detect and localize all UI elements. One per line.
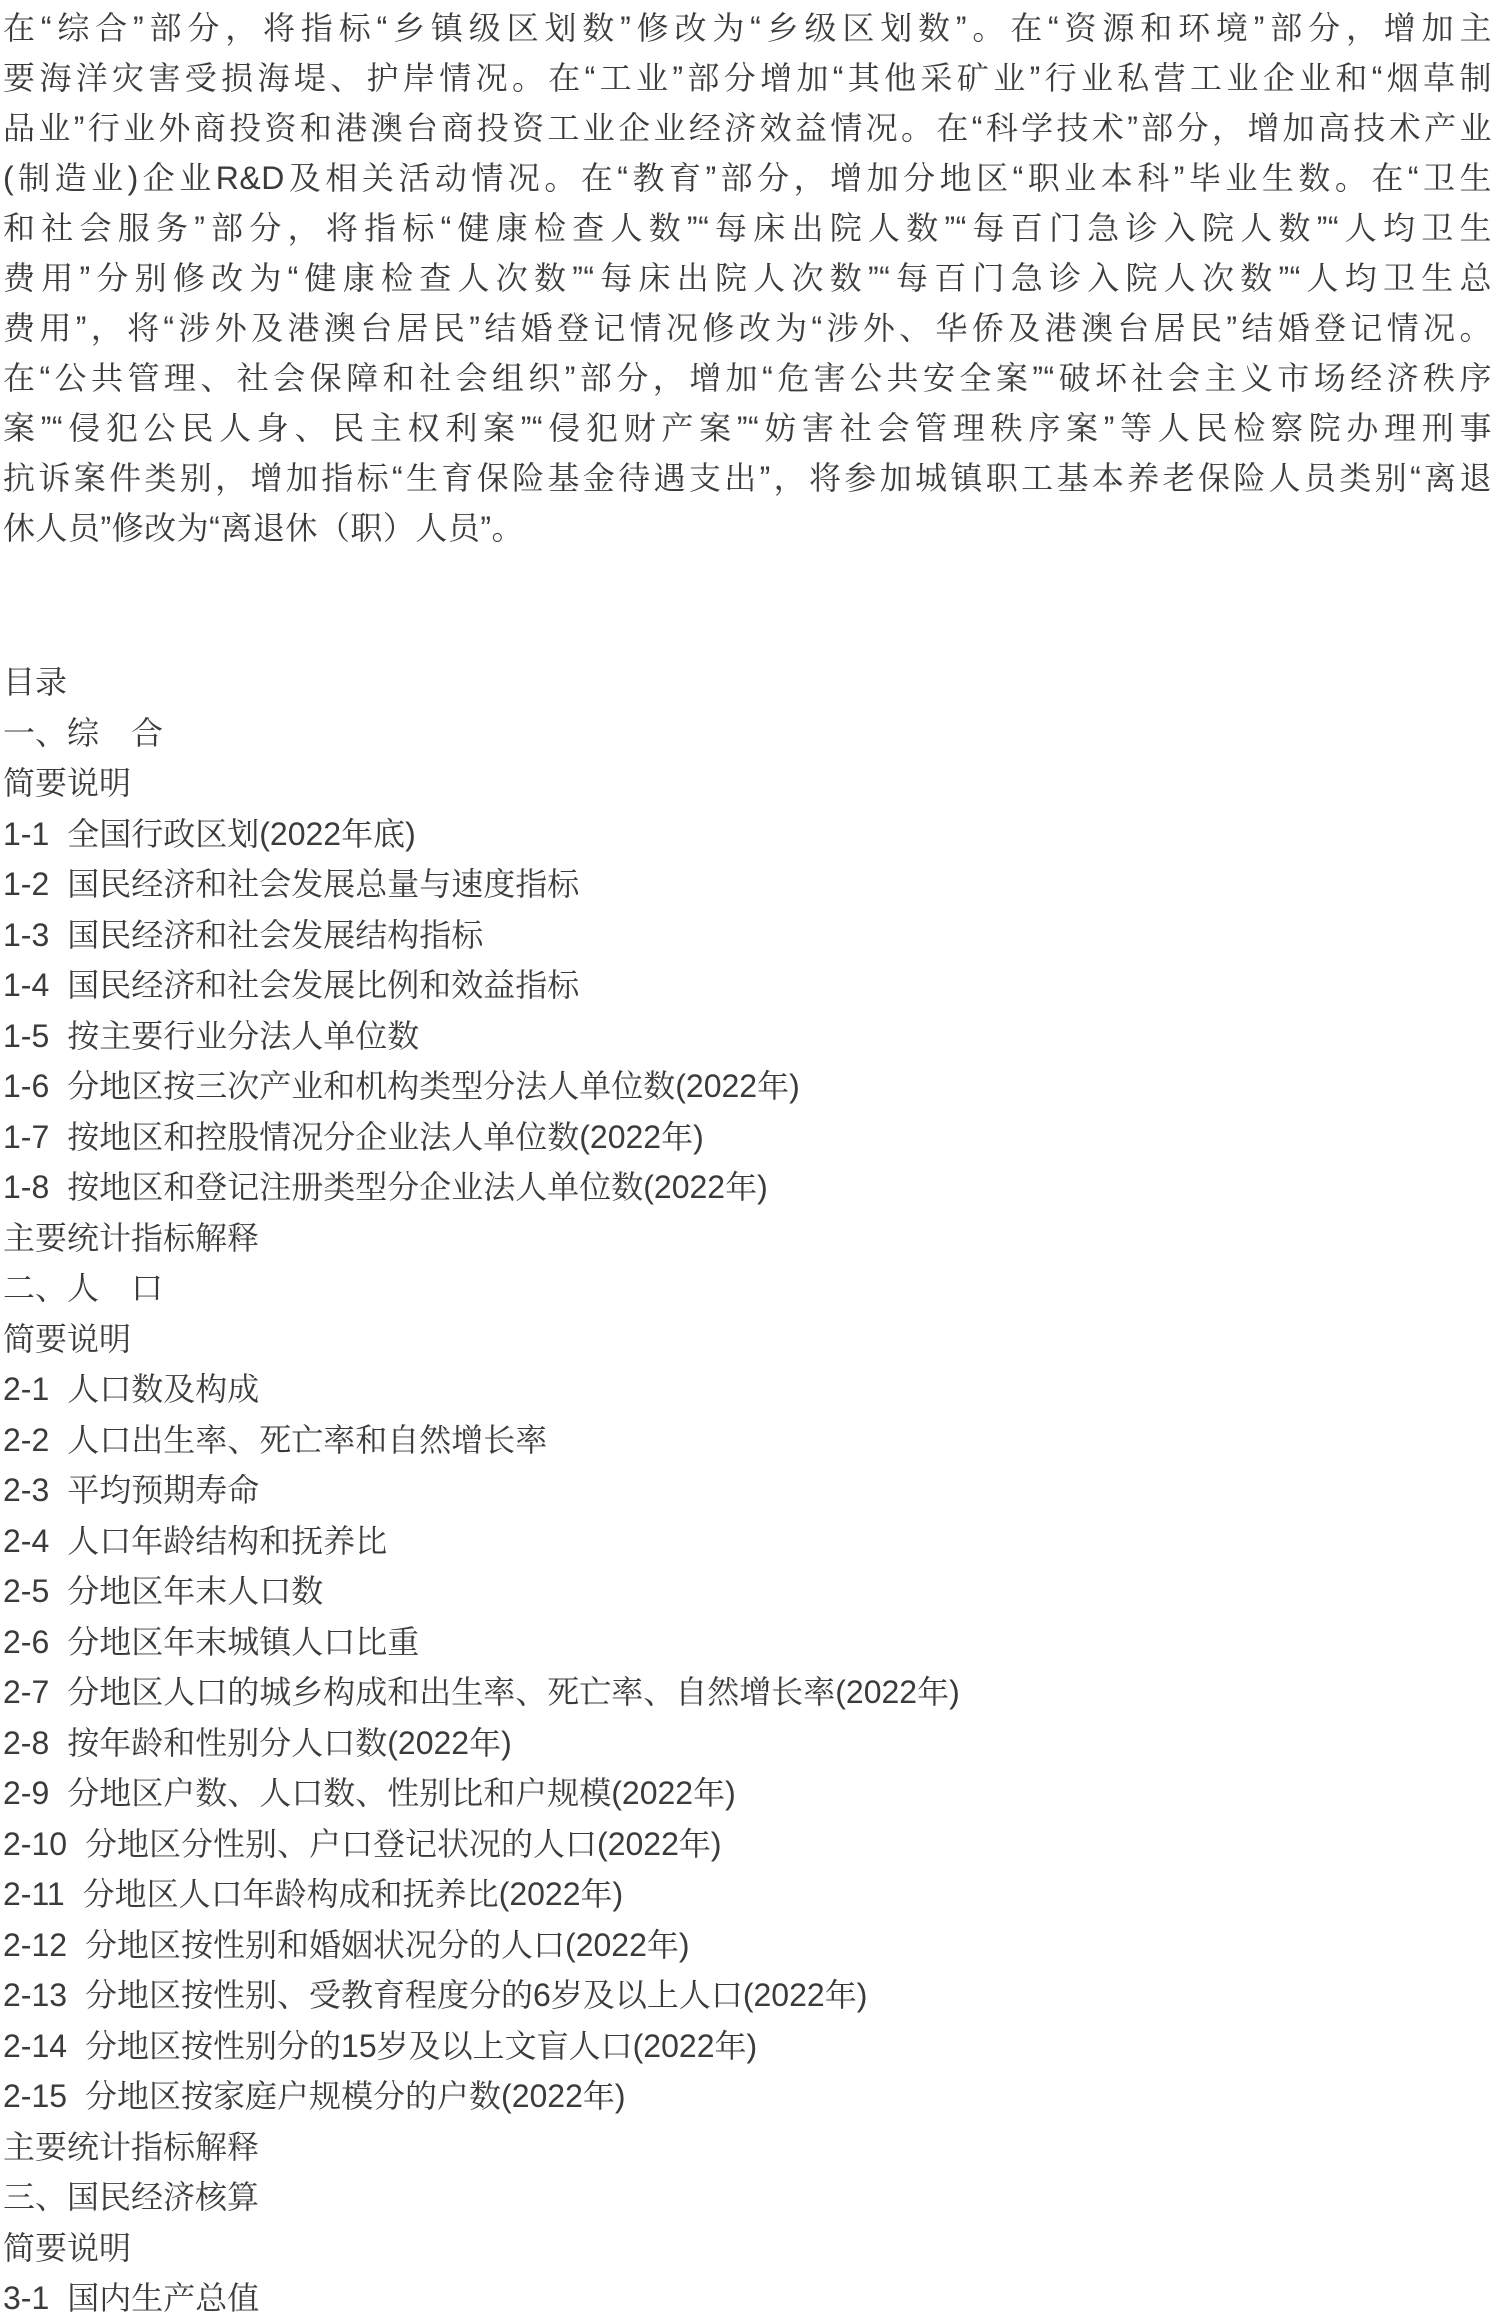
toc-entry-2-14: 2-14分地区按性别分的15岁及以上文盲人口(2022年): [3, 2021, 1492, 2072]
toc-entry-2-10: 2-10分地区分性别、户口登记状况的人口(2022年): [3, 1819, 1492, 1870]
toc-entry-number: 2-10: [3, 1819, 67, 1870]
toc-entry-number: 2-13: [3, 1970, 67, 2021]
toc-entry-note: 主要统计指标解释: [3, 2122, 1492, 2173]
toc-entry-title: 按地区和登记注册类型分企业法人单位数(2022年): [67, 1169, 768, 1205]
toc-entry-2-8: 2-8按年龄和性别分人口数(2022年): [3, 1718, 1492, 1769]
toc-entry-number: 1-6: [3, 1061, 49, 1112]
toc-entry-2-5: 2-5分地区年末人口数: [3, 1566, 1492, 1617]
toc-entry-number: 2-12: [3, 1920, 67, 1971]
toc-entry-title: 分地区人口的城乡构成和出生率、死亡率、自然增长率(2022年): [67, 1674, 960, 1710]
toc-entry-number: 2-3: [3, 1465, 49, 1516]
toc-entry-title: 人口年龄结构和抚养比: [67, 1523, 387, 1559]
toc-entry-title: 分地区按家庭户规模分的户数(2022年): [85, 2078, 626, 2114]
toc-entry-title: 国民经济和社会发展比例和效益指标: [67, 967, 579, 1003]
toc-entry-2-2: 2-2人口出生率、死亡率和自然增长率: [3, 1415, 1492, 1466]
paragraph-line: 案”“侵犯公民人身、民主权利案”“侵犯财产案”“妨害社会管理秩序案”等人民检察院…: [3, 403, 1492, 453]
toc-entry-number: 2-15: [3, 2071, 67, 2122]
toc-entry-1-8: 1-8按地区和登记注册类型分企业法人单位数(2022年): [3, 1162, 1492, 1213]
toc-entry-2-13: 2-13分地区按性别、受教育程度分的6岁及以上人口(2022年): [3, 1970, 1492, 2021]
toc-entry-title: 人口出生率、死亡率和自然增长率: [67, 1422, 547, 1458]
toc-entry-number: 2-9: [3, 1768, 49, 1819]
toc-entry-title: 平均预期寿命: [67, 1472, 259, 1508]
toc-entry-number: 2-5: [3, 1566, 49, 1617]
toc-entry-3-1: 3-1国内生产总值: [3, 2273, 1492, 2322]
paragraph-line: 品业”行业外商投资和港澳台商投资工业企业经济效益情况。在“科学技术”部分，增加高…: [3, 103, 1492, 153]
toc-entry-title: 全国行政区划(2022年底): [67, 816, 416, 852]
toc-entry-title: 国内生产总值: [67, 2280, 259, 2316]
toc-entry-number: 2-8: [3, 1718, 49, 1769]
toc-entry-note: 主要统计指标解释: [3, 1213, 1492, 1264]
toc-entry-1-3: 1-3国民经济和社会发展结构指标: [3, 910, 1492, 961]
toc-entry-2-7: 2-7分地区人口的城乡构成和出生率、死亡率、自然增长率(2022年): [3, 1667, 1492, 1718]
toc-entry-number: 2-4: [3, 1516, 49, 1567]
toc-entry-number: 1-5: [3, 1011, 49, 1062]
paragraph-line: 抗诉案件类别，增加指标“生育保险基金待遇支出”，将参加城镇职工基本养老保险人员类…: [3, 453, 1492, 503]
paragraph-line: 费用”分别修改为“健康检查人次数”“每床出院人次数”“每百门急诊入院人次数”“人…: [3, 253, 1492, 303]
toc-entry-number: 2-6: [3, 1617, 49, 1668]
paragraph-line: 和社会服务”部分，将指标“健康检查人数”“每床出院人数”“每百门急诊入院人数”“…: [3, 203, 1492, 253]
toc-entry-1-2: 1-2国民经济和社会发展总量与速度指标: [3, 859, 1492, 910]
toc-entry-2-1: 2-1人口数及构成: [3, 1364, 1492, 1415]
toc-entry-2-3: 2-3平均预期寿命: [3, 1465, 1492, 1516]
toc-entry-title: 分地区分性别、户口登记状况的人口(2022年): [85, 1826, 722, 1862]
toc-entry-title: 人口数及构成: [67, 1371, 259, 1407]
toc-entry-section: 三、国民经济核算: [3, 2172, 1492, 2223]
toc-entry-1-4: 1-4国民经济和社会发展比例和效益指标: [3, 960, 1492, 1011]
toc-entry-section: 二、人 口: [3, 1263, 1492, 1314]
toc-entry-note: 简要说明: [3, 758, 1492, 809]
toc-entry-number: 3-1: [3, 2273, 49, 2322]
toc-entry-number: 1-1: [3, 809, 49, 860]
toc-entry-number: 2-14: [3, 2021, 67, 2072]
toc-entry-1-6: 1-6分地区按三次产业和机构类型分法人单位数(2022年): [3, 1061, 1492, 1112]
toc-entry-number: 2-2: [3, 1415, 49, 1466]
toc-entry-title: 分地区年末城镇人口比重: [67, 1624, 419, 1660]
intro-paragraph: 在“综合”部分，将指标“乡镇级区划数”修改为“乡级区划数”。在“资源和环境”部分…: [3, 3, 1492, 553]
toc-entry-2-11: 2-11分地区人口年龄构成和抚养比(2022年): [3, 1869, 1492, 1920]
toc-entry-title: 分地区按性别分的15岁及以上文盲人口(2022年): [85, 2028, 757, 2064]
table-of-contents: 目录 一、综 合简要说明1-1全国行政区划(2022年底)1-2国民经济和社会发…: [3, 657, 1492, 2322]
toc-entry-title: 国民经济和社会发展总量与速度指标: [67, 866, 579, 902]
toc-entry-title: 按年龄和性别分人口数(2022年): [67, 1725, 512, 1761]
paragraph-line: 在“公共管理、社会保障和社会组织”部分，增加“危害公共安全案”“破坏社会主义市场…: [3, 353, 1492, 403]
toc-entry-number: 1-2: [3, 859, 49, 910]
toc-entry-title: 按地区和控股情况分企业法人单位数(2022年): [67, 1119, 704, 1155]
toc-entry-1-1: 1-1全国行政区划(2022年底): [3, 809, 1492, 860]
paragraph-line: 在“综合”部分，将指标“乡镇级区划数”修改为“乡级区划数”。在“资源和环境”部分…: [3, 3, 1492, 53]
paragraph-line: 费用”，将“涉外及港澳台居民”结婚登记情况修改为“涉外、华侨及港澳台居民”结婚登…: [3, 303, 1492, 353]
toc-entry-2-15: 2-15分地区按家庭户规模分的户数(2022年): [3, 2071, 1492, 2122]
toc-entry-title: 国民经济和社会发展结构指标: [67, 917, 483, 953]
toc-entry-section: 一、综 合: [3, 708, 1492, 759]
paragraph-line: 要海洋灾害受损海堤、护岸情况。在“工业”部分增加“其他采矿业”行业私营工业企业和…: [3, 53, 1492, 103]
toc-entry-title: 分地区户数、人口数、性别比和户规模(2022年): [67, 1775, 736, 1811]
toc-entry-title: 分地区按性别、受教育程度分的6岁及以上人口(2022年): [85, 1977, 867, 2013]
toc-heading: 目录: [3, 657, 1492, 708]
toc-entry-number: 2-11: [3, 1869, 65, 1920]
toc-entry-number: 1-8: [3, 1162, 49, 1213]
toc-entries: 一、综 合简要说明1-1全国行政区划(2022年底)1-2国民经济和社会发展总量…: [3, 708, 1492, 2322]
toc-entry-number: 1-7: [3, 1112, 49, 1163]
paragraph-line: (制造业)企业R&D及相关活动情况。在“教育”部分，增加分地区“职业本科”毕业生…: [3, 153, 1492, 203]
toc-entry-1-7: 1-7按地区和控股情况分企业法人单位数(2022年): [3, 1112, 1492, 1163]
toc-entry-number: 2-7: [3, 1667, 49, 1718]
toc-entry-title: 分地区按三次产业和机构类型分法人单位数(2022年): [67, 1068, 800, 1104]
toc-entry-number: 1-4: [3, 960, 49, 1011]
toc-entry-title: 分地区按性别和婚姻状况分的人口(2022年): [85, 1927, 690, 1963]
document-page: 在“综合”部分，将指标“乡镇级区划数”修改为“乡级区划数”。在“资源和环境”部分…: [0, 0, 1500, 2322]
toc-entry-note: 简要说明: [3, 2223, 1492, 2274]
toc-entry-title: 按主要行业分法人单位数: [67, 1018, 419, 1054]
toc-entry-2-12: 2-12分地区按性别和婚姻状况分的人口(2022年): [3, 1920, 1492, 1971]
paragraph-line: 休人员”修改为“离退休（职）人员”。: [3, 503, 1492, 553]
toc-entry-number: 1-3: [3, 910, 49, 961]
toc-entry-title: 分地区人口年龄构成和抚养比(2022年): [83, 1876, 624, 1912]
toc-entry-number: 2-1: [3, 1364, 49, 1415]
toc-entry-title: 分地区年末人口数: [67, 1573, 323, 1609]
toc-entry-2-9: 2-9分地区户数、人口数、性别比和户规模(2022年): [3, 1768, 1492, 1819]
toc-entry-2-4: 2-4人口年龄结构和抚养比: [3, 1516, 1492, 1567]
toc-entry-note: 简要说明: [3, 1314, 1492, 1365]
toc-entry-1-5: 1-5按主要行业分法人单位数: [3, 1011, 1492, 1062]
toc-entry-2-6: 2-6分地区年末城镇人口比重: [3, 1617, 1492, 1668]
